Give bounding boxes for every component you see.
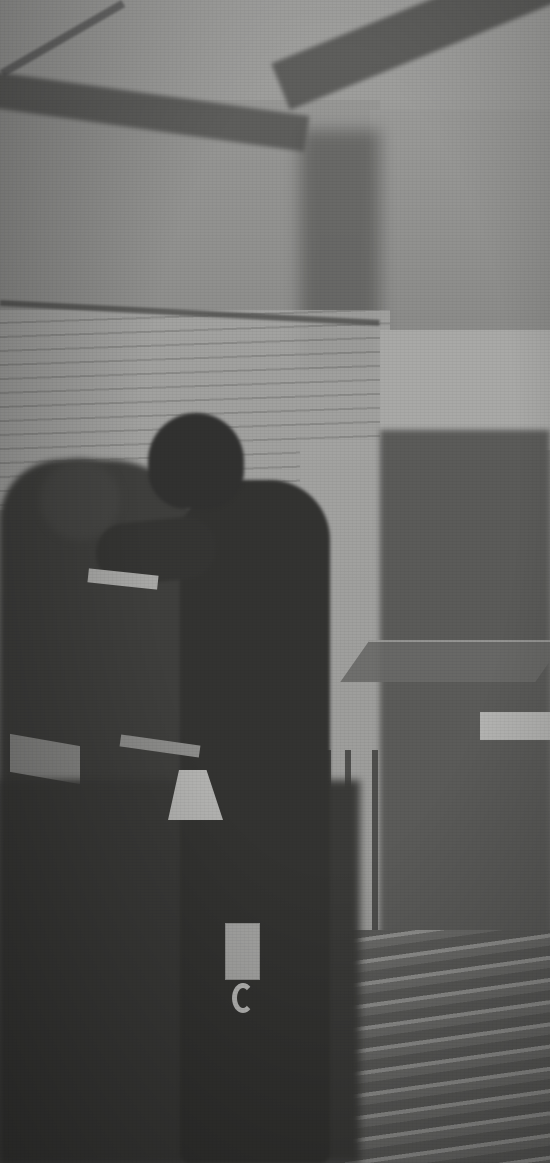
halftone-grain xyxy=(0,0,550,1163)
newspaper-photo xyxy=(0,0,550,1163)
